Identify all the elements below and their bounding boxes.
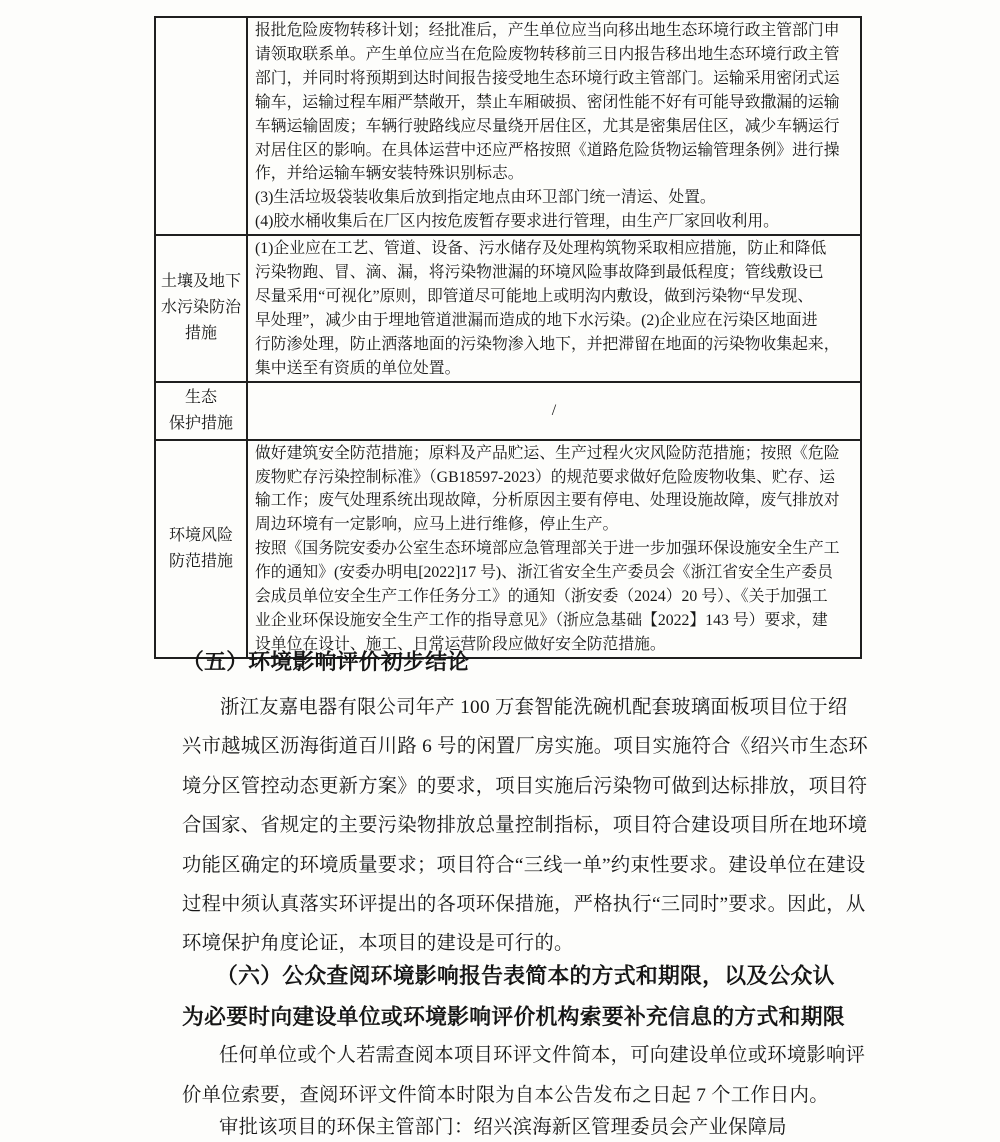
row-content-soil-groundwater: (1)企业应在工艺、管道、设备、污水储存及处理构筑物采取相应措施，防止和降低 污… [248, 236, 860, 380]
environmental-measures-table: 报批危险废物转移计划；经批准后，产生单位应当向移出地生态环境行政主管部门申 请领… [154, 16, 862, 659]
row-label-soil-groundwater: 土壤及地下 水污染防治 措施 [156, 236, 248, 380]
table-row-ecological: 生态 保护措施 / [156, 381, 860, 439]
section5-heading: （五）环境影响评价初步结论 [182, 646, 872, 678]
row-content-solid-waste: 报批危险废物转移计划；经批准后，产生单位应当向移出地生态环境行政主管部门申 请领… [248, 18, 860, 234]
document-page: 报批危险废物转移计划；经批准后，产生单位应当向移出地生态环境行政主管部门申 请领… [0, 0, 1000, 1142]
row-content-ecological: / [248, 383, 860, 439]
row-label-empty [156, 18, 248, 234]
table-row-environmental-risk: 环境风险 防范措施 做好建筑安全防范措施；原料及产品贮运、生产过程火灾风险防范措… [156, 439, 860, 657]
section5-paragraph: 浙江友嘉电器有限公司年产 100 万套智能洗碗机配套玻璃面板项目位于绍 兴市越城… [182, 688, 872, 964]
table-row-soil-groundwater: 土壤及地下 水污染防治 措施 (1)企业应在工艺、管道、设备、污水储存及处理构筑… [156, 234, 860, 380]
section6-heading: （六）公众查阅环境影响报告表简本的方式和期限，以及公众认 为必要时向建设单位或环… [182, 956, 872, 1037]
row-label-ecological: 生态 保护措施 [156, 383, 248, 439]
section6-paragraph-1: 任何单位或个人若需查阅本项目环评文件简本，可向建设单位或环境影响评 价单位索要，… [182, 1036, 872, 1116]
row-label-environmental-risk: 环境风险 防范措施 [156, 441, 248, 657]
section6-paragraph-2: 审批该项目的环保主管部门：绍兴滨海新区管理委员会产业保障局 [182, 1108, 872, 1142]
table-row-solid-waste-continued: 报批危险废物转移计划；经批准后，产生单位应当向移出地生态环境行政主管部门申 请领… [156, 18, 860, 234]
row-content-environmental-risk: 做好建筑安全防范措施；原料及产品贮运、生产过程火灾风险防范措施；按照《危险 废物… [248, 441, 860, 657]
